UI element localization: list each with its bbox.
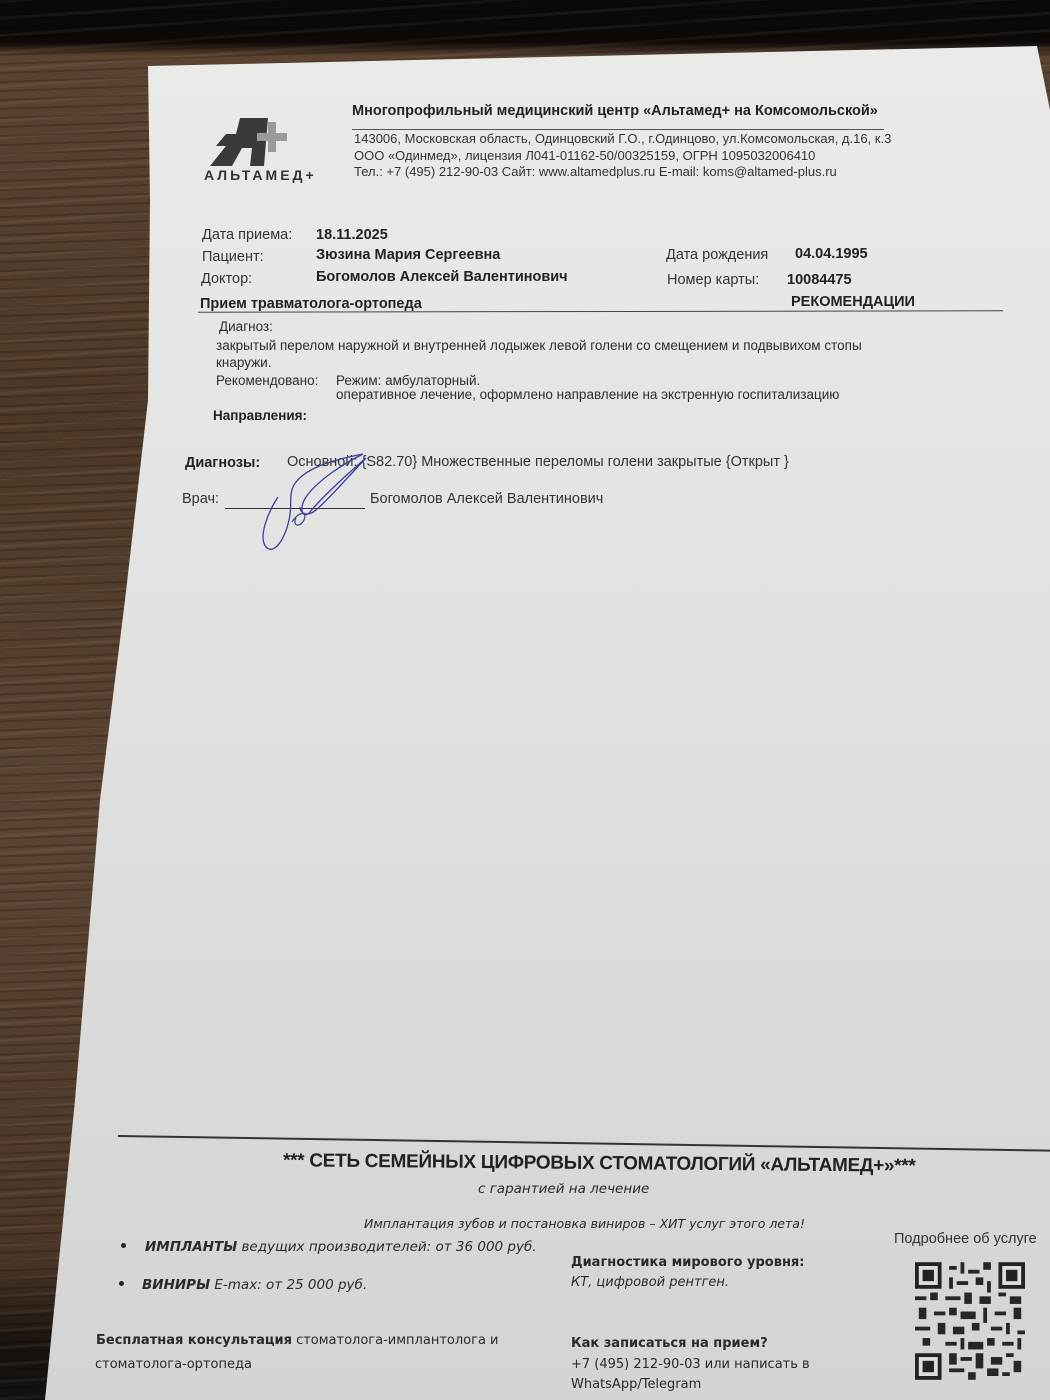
qr-code-icon[interactable] bbox=[915, 1262, 1025, 1380]
implants-offer-bold: ИМПЛАНТЫ bbox=[145, 1239, 237, 1255]
veneers-offer: ВИНИРЫ E-max: от 25 000 руб. bbox=[142, 1277, 367, 1293]
veneers-offer-text: E-max: от 25 000 руб. bbox=[210, 1277, 367, 1293]
free-consultation: Бесплатная консультация стоматолога-импл… bbox=[96, 1333, 499, 1348]
org-name: Многопрофильный медицинский центр «Альта… bbox=[352, 103, 878, 119]
card-number-label: Номер карты: bbox=[667, 272, 759, 288]
diagnosis-label: Диагноз: bbox=[219, 319, 273, 334]
logo-text: АЛЬТАМЕД+ bbox=[204, 167, 317, 183]
visit-date-label: Дата приема: bbox=[202, 227, 292, 243]
booking-phone: +7 (495) 212-90-03 или написать в bbox=[571, 1357, 810, 1372]
footer-promo: Имплантация зубов и постановка виниров –… bbox=[364, 1216, 805, 1231]
referrals-label: Направления: bbox=[213, 408, 307, 423]
org-license: ООО «Одинмед», лицензия Л041-01162-50/00… bbox=[354, 148, 815, 163]
bullet-icon bbox=[121, 1243, 126, 1248]
recommended-label: Рекомендовано: bbox=[216, 373, 318, 388]
dob-value: 04.04.1995 bbox=[795, 246, 868, 262]
doctor-label: Доктор: bbox=[201, 271, 252, 287]
booking-title: Как записаться на прием? bbox=[571, 1336, 768, 1351]
footer-subtitle: с гарантией на лечение bbox=[478, 1181, 649, 1197]
more-info-label: Подробнее об услуге bbox=[894, 1231, 1037, 1247]
free-consultation-bold: Бесплатная консультация bbox=[96, 1333, 292, 1348]
card-number-value: 10084475 bbox=[787, 272, 852, 288]
diagnosis-text-line2: кнаружи. bbox=[216, 355, 271, 370]
org-address: 143006, Московская область, Одинцовский … bbox=[354, 131, 891, 146]
implants-offer: ИМПЛАНТЫ ведущих производителей: от 36 0… bbox=[145, 1239, 537, 1255]
diagnosis-text-line1: закрытый перелом наружной и внутренней л… bbox=[216, 338, 862, 353]
booking-messengers: WhatsApp/Telegram bbox=[571, 1377, 701, 1392]
free-consultation-line2: стоматолога-ортопеда bbox=[95, 1357, 252, 1372]
doctor-signature-label: Врач: bbox=[182, 491, 219, 507]
org-contacts: Тел.: +7 (495) 212-90-03 Сайт: www.altam… bbox=[354, 164, 837, 179]
bullet-icon bbox=[119, 1281, 124, 1286]
patient-name: Зюзина Мария Сергеевна bbox=[316, 247, 500, 263]
doctor-name: Богомолов Алексей Валентинович bbox=[316, 269, 568, 285]
diagnostics-title: Диагностика мирового уровня: bbox=[571, 1255, 804, 1270]
implants-offer-text: ведущих производителей: от 36 000 руб. bbox=[237, 1239, 536, 1255]
header-divider bbox=[352, 129, 884, 130]
recommended-line2: оперативное лечение, оформлено направлен… bbox=[336, 387, 839, 402]
diagnoses-value: Основной: {S82.70} Множественные перелом… bbox=[287, 454, 789, 470]
free-consultation-text: стоматолога-имплантолога и bbox=[292, 1333, 499, 1348]
diagnostics-text: КТ, цифровой рентген. bbox=[571, 1275, 729, 1290]
signature-line bbox=[225, 508, 365, 509]
doctor-signature-name: Богомолов Алексей Валентинович bbox=[370, 491, 603, 507]
veneers-offer-bold: ВИНИРЫ bbox=[142, 1277, 210, 1293]
visit-date-value: 18.11.2025 bbox=[316, 227, 388, 243]
patient-label: Пациент: bbox=[202, 249, 264, 265]
recommendations-heading: РЕКОМЕНДАЦИИ bbox=[791, 294, 915, 310]
dob-label: Дата рождения bbox=[666, 247, 768, 263]
visit-type-title: Прием травматолога-ортопеда bbox=[200, 296, 422, 312]
recommended-line1: Режим: амбулаторный. bbox=[336, 373, 480, 388]
diagnoses-label: Диагнозы: bbox=[185, 455, 260, 471]
